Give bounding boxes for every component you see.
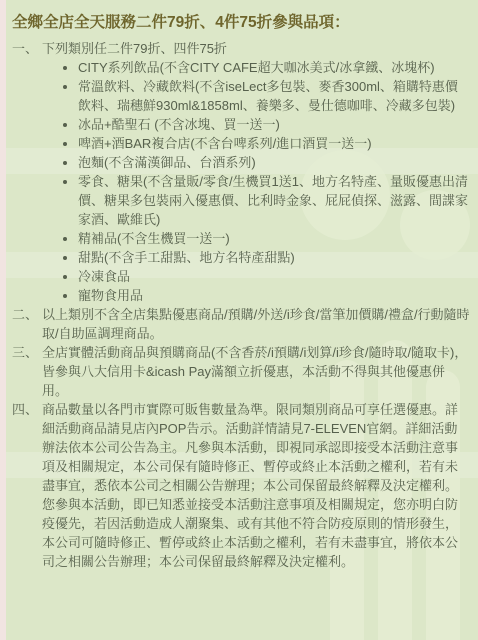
bullet-item: 寵物食用品 [78, 286, 470, 305]
bullet-item: 零食、糖果(不含量販/零食/生機買1送1、地方名特產、量販優惠出清價、糖果多包裝… [78, 172, 470, 229]
section-2-marker: 二、 [12, 305, 42, 324]
section-2: 二、 以上類別不含全店集點優惠商品/預購/外送/i珍食/當筆加價購/禮盒/行動隨… [12, 305, 470, 343]
section-4-marker: 四、 [12, 400, 42, 419]
category-bullet-list: CITY系列飲品(不含CITY CAFE超大咖冰美式/冰拿鐵、冰塊杯) 常溫飲料… [46, 58, 470, 305]
bullet-item: 精補品(不含生機買一送一) [78, 229, 470, 248]
page-title: 全鄉全店全天服務二件79折、4件75折參與品項： [12, 12, 470, 34]
bullet-item: 冷凍食品 [78, 267, 470, 286]
section-2-text: 以上類別不含全店集點優惠商品/預購/外送/i珍食/當筆加價購/禮盒/行動隨時取/… [42, 305, 470, 343]
bullet-item: CITY系列飲品(不含CITY CAFE超大咖冰美式/冰拿鐵、冰塊杯) [78, 58, 470, 77]
section-3-text: 全店實體活動商品與預購商品(不含香菸/i預購/i划算/i珍食/隨時取/隨取卡)，… [42, 343, 470, 400]
bullet-item: 泡麵(不含滿漢御品、台酒系列) [78, 153, 470, 172]
bullet-item: 啤酒+酒BAR複合店(不含台啤系列/進口酒買一送一) [78, 134, 470, 153]
section-3: 三、 全店實體活動商品與預購商品(不含香菸/i預購/i划算/i珍食/隨時取/隨取… [12, 343, 470, 400]
section-4: 四、 商品數量以各門市實際可販售數量為準。限同類別商品可享任選優惠。詳細活動商品… [12, 400, 470, 571]
section-1: 一、 下列類別任二件79折、四件75折 [12, 39, 470, 58]
bullet-item: 常溫飲料、冷藏飲料(不含iseLect多包裝、麥香300ml、箱購特惠價飲料、瑞… [78, 77, 470, 115]
section-1-text: 下列類別任二件79折、四件75折 [42, 39, 470, 58]
section-4-text: 商品數量以各門市實際可販售數量為準。限同類別商品可享任選優惠。詳細活動商品請見店… [42, 400, 470, 571]
section-1-marker: 一、 [12, 39, 42, 58]
promo-terms-page: 全鄉全店全天服務二件79折、4件75折參與品項： 一、 下列類別任二件79折、四… [0, 0, 478, 571]
bullet-item: 甜點(不含手工甜點、地方名特產甜點) [78, 248, 470, 267]
bullet-item: 冰品+酷聖石 (不含冰塊、買一送一) [78, 115, 470, 134]
section-3-marker: 三、 [12, 343, 42, 362]
